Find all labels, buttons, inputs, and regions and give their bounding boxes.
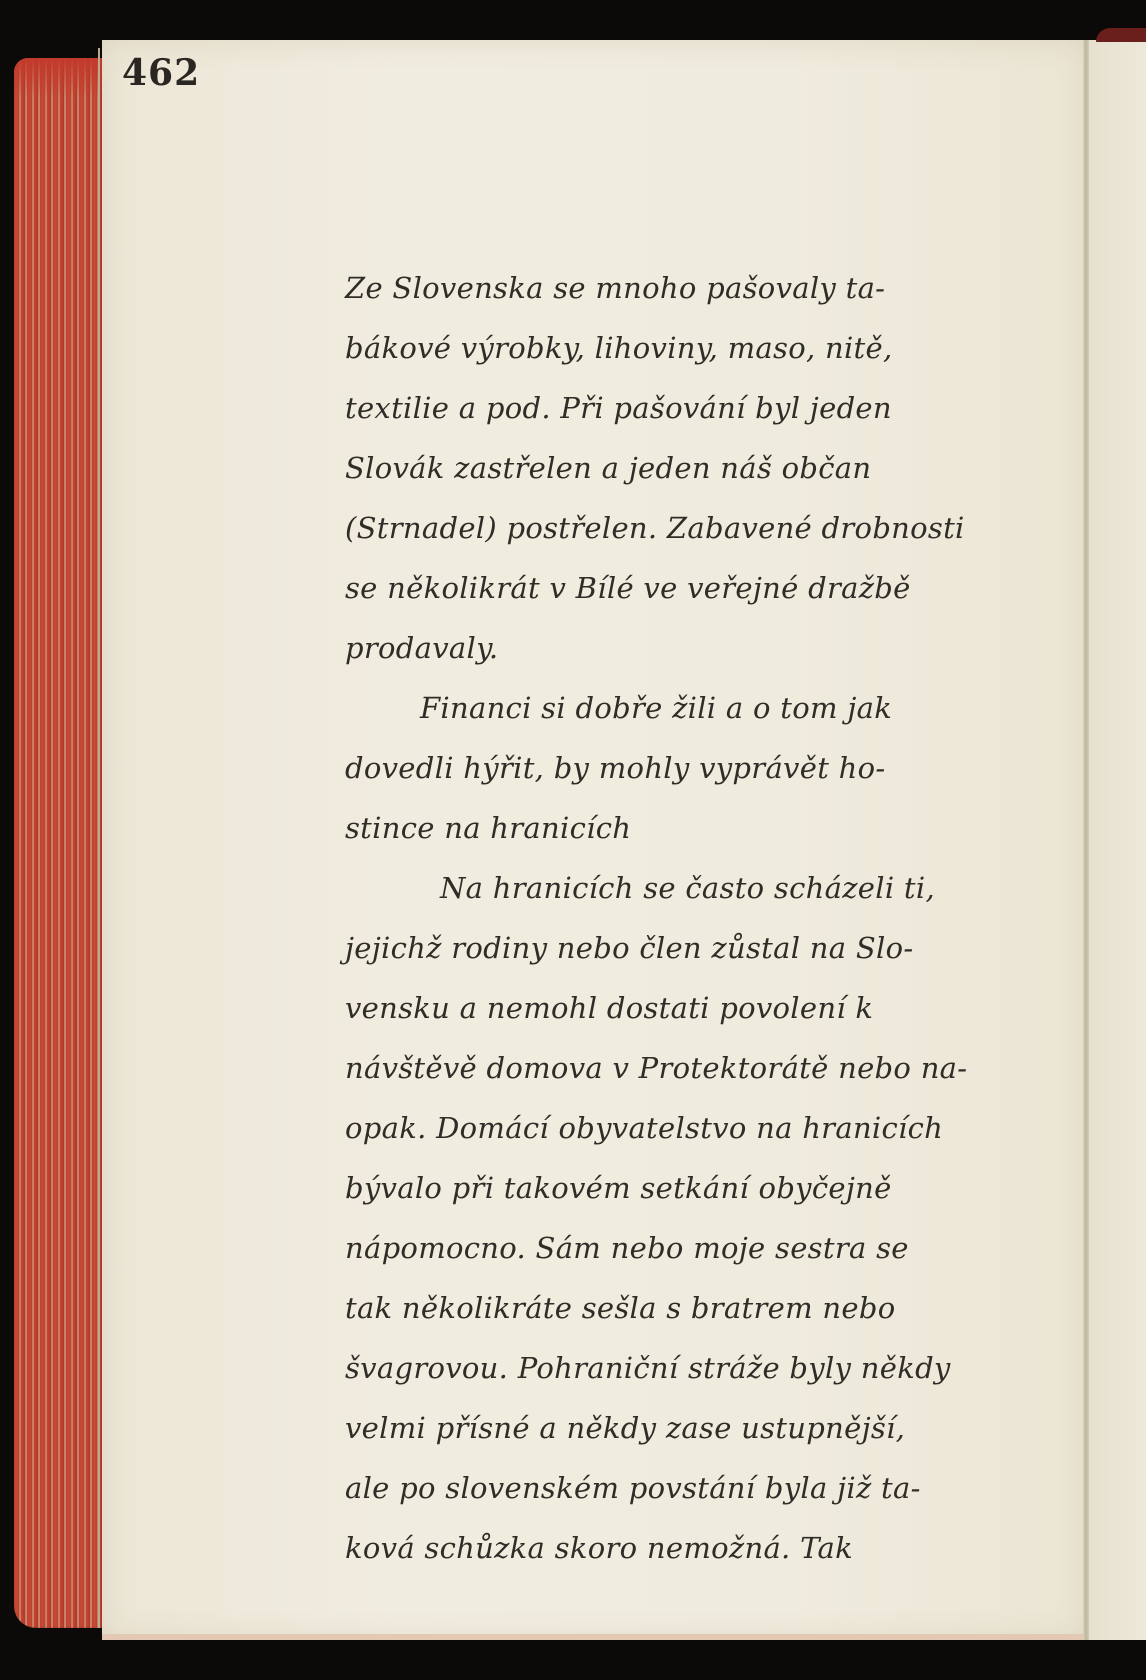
handwritten-text: Ze Slovenska se mnoho pašovaly ta- bákov…	[345, 258, 985, 1578]
text-line: nápomocno. Sám nebo moje sestra se	[345, 1218, 985, 1278]
text-line: prodavaly.	[345, 618, 985, 678]
book-scan: 462 Ze Slovenska se mnoho pašovaly ta- b…	[0, 0, 1146, 1680]
text-line: návštěvě domova v Protektorátě nebo na-	[345, 1038, 985, 1098]
text-line: textilie a pod. Při pašování byl jeden	[345, 378, 985, 438]
text-line: (Strnadel) postřelen. Zabavené drobnosti	[345, 498, 985, 558]
text-line: stince na hranicích	[345, 798, 985, 858]
text-line: opak. Domácí obyvatelstvo na hranicích	[345, 1098, 985, 1158]
text-line: švagrovou. Pohraniční stráže byly někdy	[345, 1338, 985, 1398]
text-line: vensku a nemohl dostati povolení k	[345, 978, 985, 1038]
text-line: ale po slovenském povstání byla již ta-	[345, 1458, 985, 1518]
page-block-red-edges	[14, 58, 104, 1628]
text-line: dovedli hýřit, by mohly vyprávět ho-	[345, 738, 985, 798]
facing-page-edge	[1089, 40, 1146, 1640]
page-edge-line	[98, 48, 100, 1628]
text-line: tak několikráte sešla s bratrem nebo	[345, 1278, 985, 1338]
text-line: ková schůzka skoro nemožná. Tak	[345, 1518, 985, 1578]
cover-corner	[1096, 28, 1146, 42]
text-line: se několikrát v Bílé ve veřejné dražbě	[345, 558, 985, 618]
text-line: jejichž rodiny nebo člen zůstal na Slo-	[345, 918, 985, 978]
text-line: Slovák zastřelen a jeden náš občan	[345, 438, 985, 498]
paragraph-start-line: Na hranicích se často scházeli ti,	[345, 858, 985, 918]
paragraph-start-line: Financi si dobře žili a o tom jak	[345, 678, 985, 738]
page-number: 462	[122, 52, 200, 94]
text-line: Ze Slovenska se mnoho pašovaly ta-	[345, 258, 985, 318]
text-line: velmi přísné a někdy zase ustupnější,	[345, 1398, 985, 1458]
text-line: bývalo při takovém setkání obyčejně	[345, 1158, 985, 1218]
text-line: bákové výrobky, lihoviny, maso, nitě,	[345, 318, 985, 378]
